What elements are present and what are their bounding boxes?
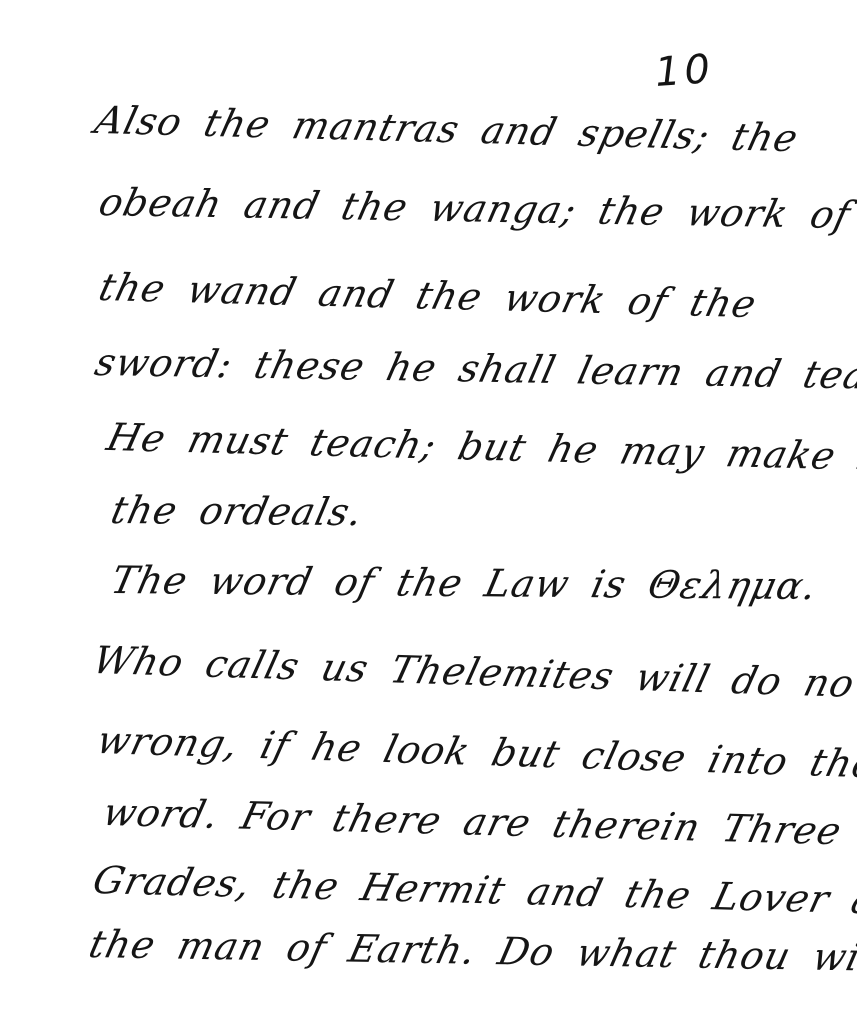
manuscript-line-8: Who calls us Thelemites will do no <box>89 638 857 706</box>
manuscript-line-3: the wand and the work of the <box>95 265 761 326</box>
manuscript-line-6: the ordeals. <box>107 488 367 534</box>
manuscript-line-1: Also the mantras and spells; the <box>91 98 803 160</box>
manuscript-line-10: word. For there are therein Three <box>99 790 847 853</box>
manuscript-line-2: obeah and the wanga; the work of <box>95 180 855 237</box>
manuscript-page: 10 Also the mantras and spells; the obea… <box>0 0 857 1024</box>
manuscript-line-7: The word of the Law is Θελημα. <box>107 558 821 608</box>
manuscript-line-12: the man of Earth. Do what thou wilt <box>85 922 857 980</box>
manuscript-line-11: Grades, the Hermit and the Lover and <box>89 858 857 924</box>
page-number: 10 <box>653 46 715 96</box>
manuscript-line-4: sword: these he shall learn and teach. <box>91 340 857 398</box>
manuscript-line-5: He must teach; but he may make severe <box>103 415 857 482</box>
manuscript-line-9: wrong, if he look but close into the <box>93 718 857 786</box>
